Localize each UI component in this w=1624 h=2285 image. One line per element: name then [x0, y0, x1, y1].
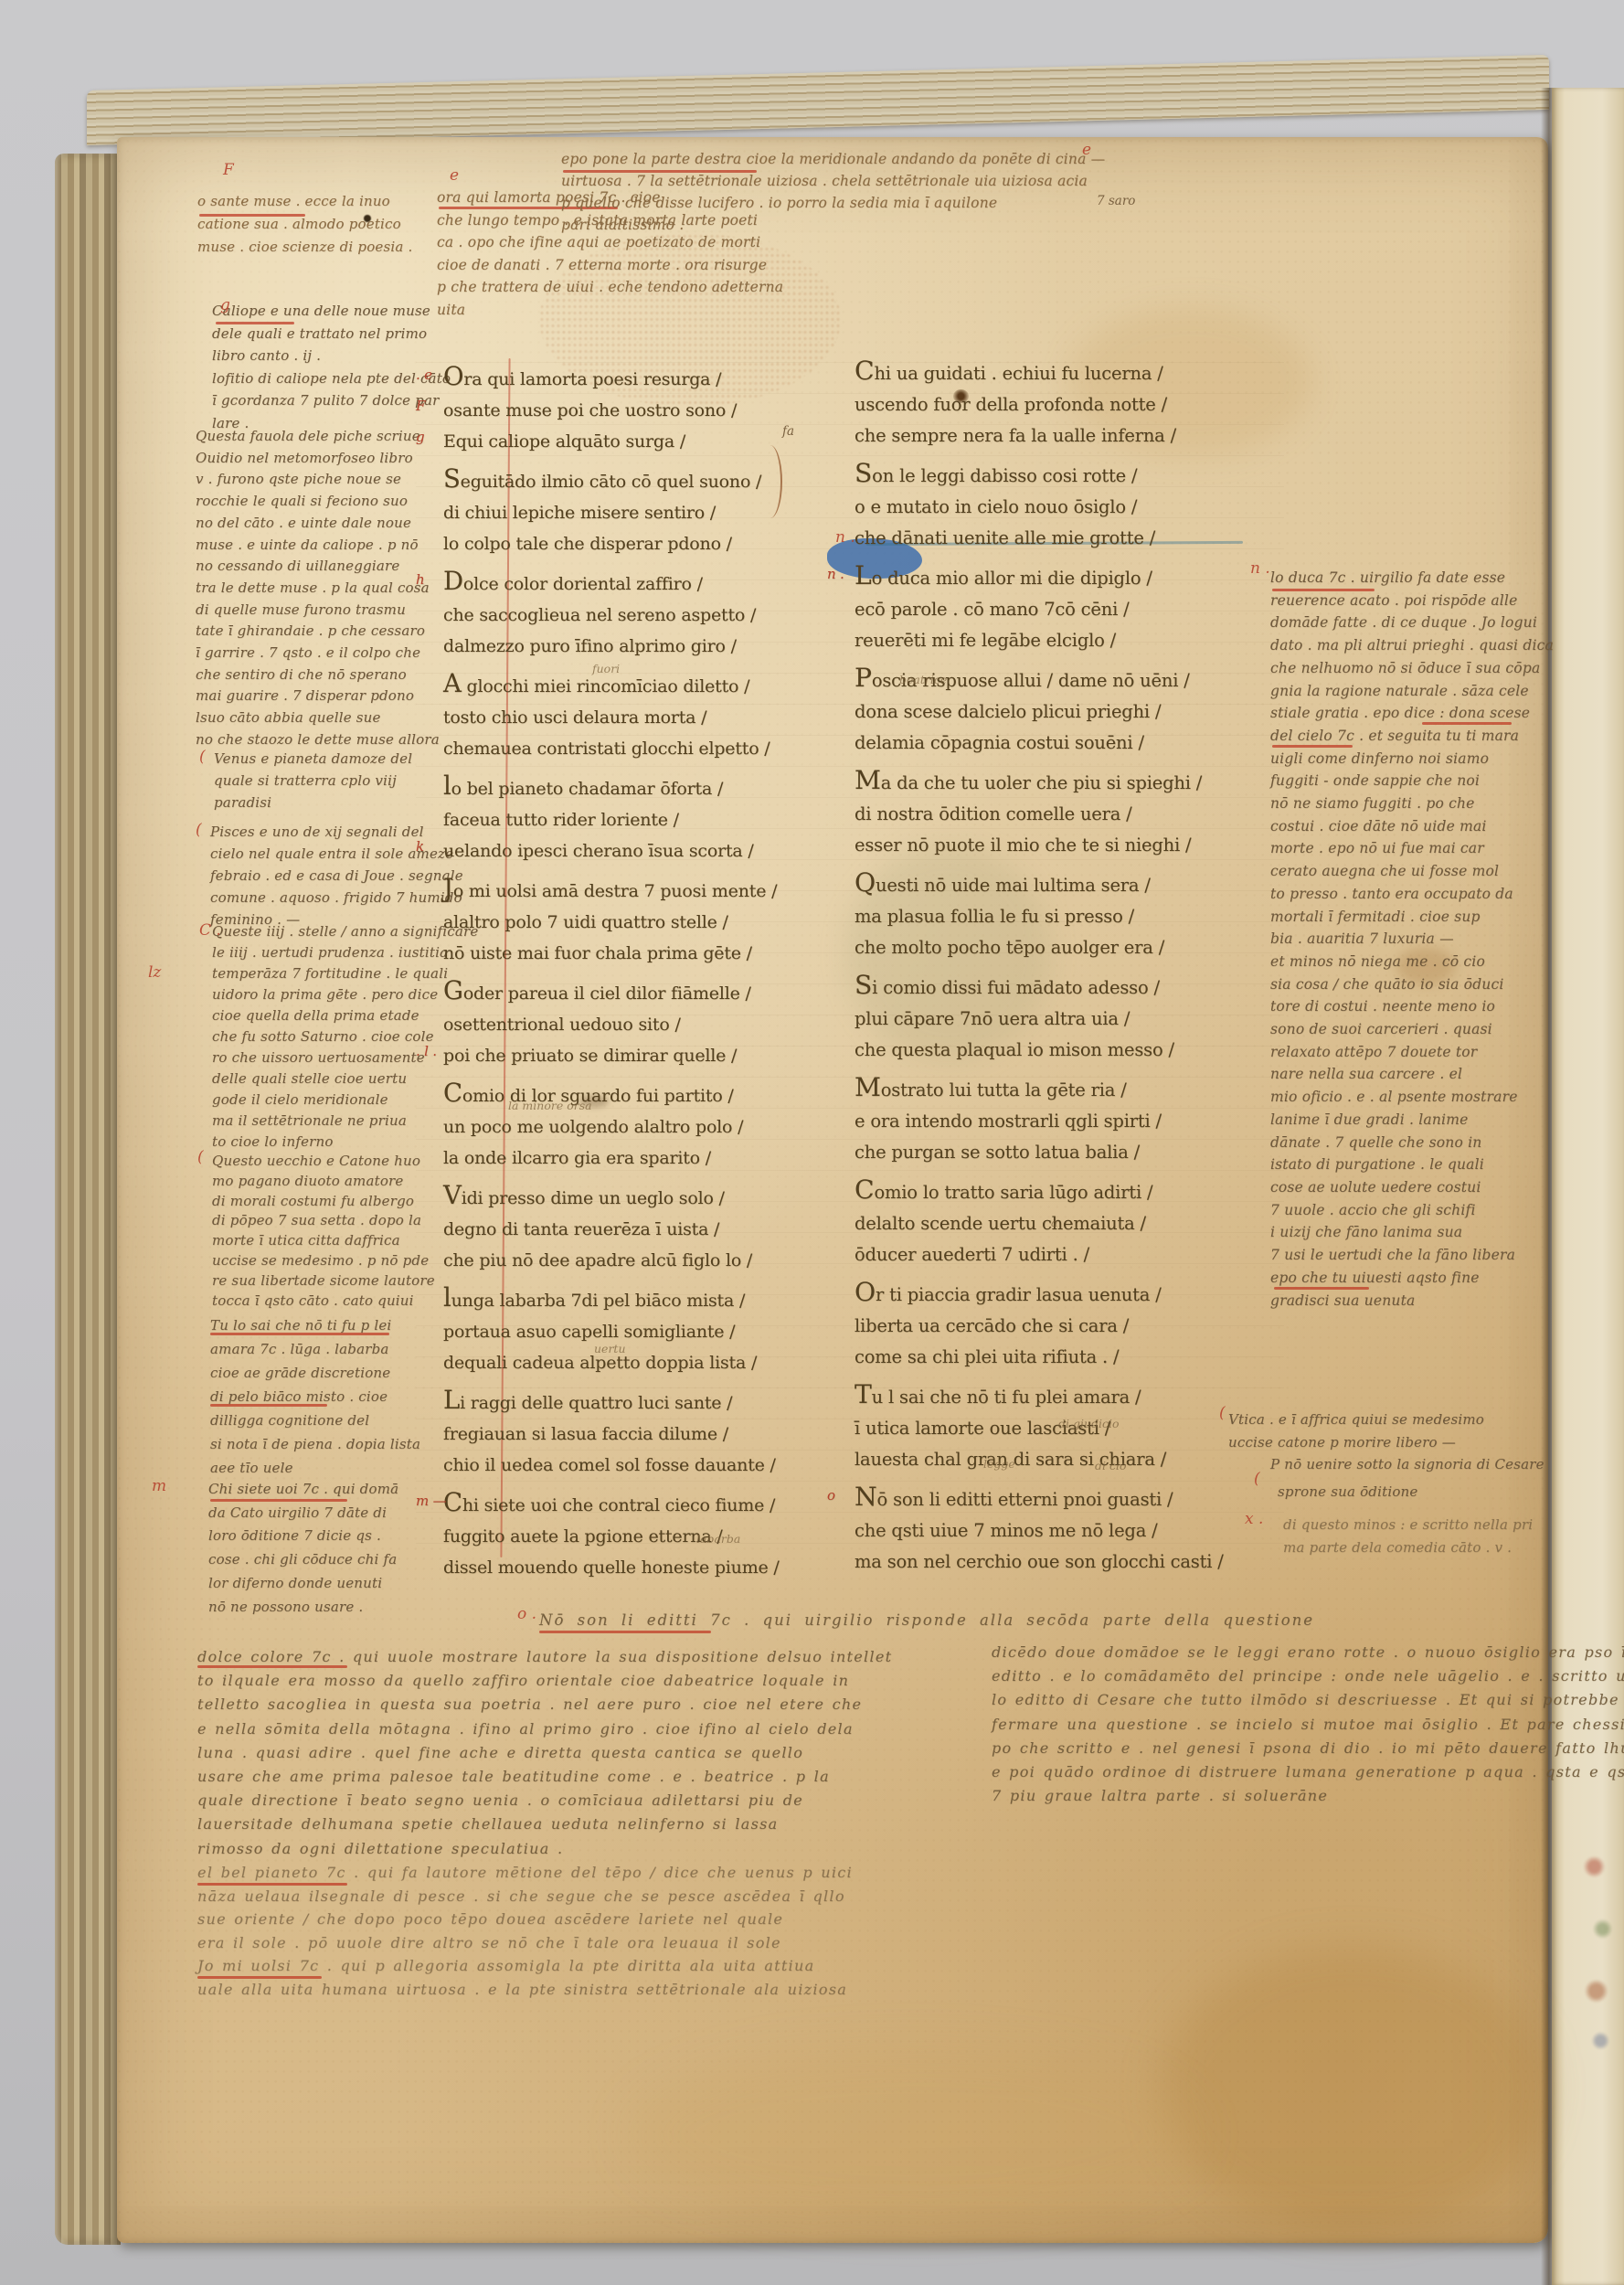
gloss-chisiete: Chi siete uoi 7c . qui domāda Cato uirgi…: [208, 1478, 432, 1619]
gloss-line: gnia la ragione naturale . sāza cele: [1270, 680, 1563, 703]
verse-column-1: . eOra qui lamorta poesi resurga /Fosant…: [443, 364, 754, 1583]
gloss-line: Caliope e una delle noue muse: [212, 300, 433, 323]
gloss-line: dilligga cognitione del: [210, 1408, 434, 1432]
gloss-utica-3: sprone sua ōditione: [1278, 1481, 1497, 1504]
gloss-line: mai guarire . 7 disperar pdono: [196, 685, 417, 707]
gloss-line: febraio . ed e casa di Joue . segnale: [210, 865, 439, 887]
gloss-line: rimosso da ogni dilettatione speculatiua…: [197, 1837, 988, 1861]
gloss-line: muse . e uinte da caliope . p nō: [196, 535, 417, 557]
verse-line: . eOra qui lamorta poesi resurga /: [443, 364, 754, 395]
verse-line: chio il uedea comel sol fosse dauante /: [443, 1450, 754, 1481]
gloss-line: che nelhuomo nō si ōduce ī sua cōpa: [1270, 657, 1563, 680]
gloss-line: to cioe lo inferno: [212, 1132, 440, 1153]
verse-line: di nostra ōdition comelle uera /: [854, 799, 1270, 830]
gloss-line: ro che uissoro uertuosamente: [212, 1047, 440, 1068]
gloss-line: libro canto . ij .: [212, 345, 433, 367]
verse-line: gEqui caliope alquāto surga /: [443, 426, 754, 457]
verse-line: ōducer auederti 7 udirti . /: [854, 1239, 1270, 1270]
gloss-line: po che scritto e . nel genesi ī psona di…: [992, 1737, 1622, 1760]
gloss-line: dicēdo doue domādoe se le leggi erano ro…: [992, 1641, 1622, 1664]
gloss-line: cioe quella della prima etade: [212, 1005, 440, 1026]
verse-line: Questi nō uide mai lultima sera /: [854, 870, 1270, 901]
gloss-line: e poi quādo ordinoe di distruere lumana …: [992, 1760, 1622, 1784]
gloss-line: e nella sōmita della mōtagna . ifino al …: [197, 1717, 988, 1741]
gloss-top-left: o sante muse . ecce la inuocatione sua .…: [197, 190, 417, 259]
verse-line: esser nō puote il mio che te si nieghi /: [854, 830, 1270, 861]
gloss-line: costui . cioe dāte nō uide mai: [1270, 815, 1563, 838]
red-guide-letter: m —: [416, 1493, 446, 1509]
gloss-line: epo pone la parte destra cioe la meridio…: [561, 148, 1082, 170]
gloss-line: di pelo biāco misto . cioe: [210, 1385, 434, 1408]
gloss-line: ī garrire . 7 qsto . e il colpo che: [196, 643, 417, 664]
gloss-line: morte . epo nō ui fue mai car: [1270, 837, 1563, 860]
gloss-line: fermare una questione . se incielo si mu…: [992, 1713, 1622, 1737]
gloss-line: sue oriente / che dopo poco tēpo douea a…: [197, 1908, 988, 1931]
gloss-line: Nō son li editti 7c . qui uirgilio rispo…: [539, 1609, 1618, 1632]
verse-line: e ora intendo mostrarli qgli spirti /: [854, 1106, 1270, 1137]
gloss-line: tore di costui . neente meno io: [1270, 995, 1563, 1018]
verse-line: Jo mi uolsi amā destra 7 puosi mente /: [443, 876, 754, 907]
red-guide-letter: n .: [827, 566, 844, 582]
verse-line: A glocchi miei rincomīciao diletto /: [443, 671, 754, 702]
verse-line: ma son nel cerchio oue son glocchi casti…: [854, 1546, 1270, 1578]
gloss-line: domāde fatte . di ce duque . Jo logui: [1270, 611, 1563, 634]
commentary-bel-pianeto: el bel pianeto 7c . qui fa lautore mētio…: [197, 1861, 988, 2002]
gloss-line: quale directione ī beato segno uenia . o…: [197, 1789, 988, 1812]
gloss-line: Chi siete uoi 7c . qui domā: [208, 1478, 432, 1502]
verse-line: osettentrional uedouo sito /: [443, 1009, 754, 1040]
red-guide-letter: g: [416, 429, 424, 445]
verse-line: che questa plaqual io mison messo /: [854, 1035, 1270, 1066]
gloss-line: nare nella sua carcere . el: [1270, 1063, 1563, 1086]
verse-line: faceua tutto rider loriente /: [443, 804, 754, 835]
gloss-line: sprone sua ōditione: [1278, 1481, 1497, 1504]
gloss-utica-2: P nō uenire sotto la signoria di Cesare: [1270, 1453, 1618, 1476]
verse-line: lauesta chal gran di sara si chiara /: [854, 1444, 1270, 1475]
gloss-line: relaxato attēpo 7 douete tor: [1270, 1041, 1563, 1064]
verse-line: kuelando ipesci cherano īsua scorta /: [443, 835, 754, 866]
gloss-line: cerato auegna che ui fosse mol: [1270, 860, 1563, 883]
verse-line: come sa chi plei uita rifiuta . /: [854, 1342, 1270, 1373]
gloss-line: p che trattera de uiui . eche tendono ad…: [437, 276, 876, 299]
gloss-line: aee tīo uele: [210, 1456, 434, 1480]
gloss-caliope: Caliope e una delle noue musedele quali …: [212, 300, 433, 435]
gloss-line: uccise se medesimo . p nō pde: [212, 1251, 436, 1271]
verse-line: Comio lo tratto saria lūgo adirti /: [854, 1177, 1270, 1208]
gloss-line: epo che tu uiuesti aqsto fine: [1270, 1267, 1563, 1290]
gloss-line: re sua libertade sicome lautore: [212, 1271, 436, 1291]
gloss-loduca: lo duca 7c . uirgilio fa date essereuere…: [1270, 567, 1563, 1312]
fore-edge-decoration: [1577, 1817, 1619, 2066]
gloss-line: del cielo 7c . et seguita tu ti mara: [1270, 725, 1563, 748]
gloss-line: to ilquale era mosso da quello zaffiro o…: [197, 1669, 988, 1693]
gloss-line: v . furono qste piche noue se: [196, 469, 417, 491]
verse-line: hDolce color doriental zaffiro /: [443, 569, 754, 600]
gloss-catone: Questo uecchio e Catone huomo pagano diu…: [212, 1152, 436, 1311]
commentary-editti: dicēdo doue domādoe se le leggi erano ro…: [992, 1641, 1622, 1808]
verse-line: che qsti uiue 7 minos me nō lega /: [854, 1515, 1270, 1546]
gloss-line: lofitio di caliope nela pte del cāto: [212, 367, 433, 390]
gloss-line: mio oficio . e . al psente mostrare: [1270, 1086, 1563, 1109]
verse-line: delamia cōpagnia costui souēni /: [854, 728, 1270, 759]
gloss-line: i uizij che fāno lanima sua: [1270, 1221, 1563, 1244]
gloss-line: o sante muse . ecce la inuo: [197, 190, 417, 213]
gloss-line: to presso . tanto era occupato da: [1270, 883, 1563, 906]
gloss-line: ī gcordanza 7 pulito 7 dolce par: [212, 389, 433, 412]
gloss-line: uirtuosa . 7 la settētrionale uiziosa . …: [561, 170, 1082, 192]
gloss-line: uale alla uita humana uirtuosa . e la pt…: [197, 1978, 988, 2002]
gloss-line: si nota ī de piena . dopia lista: [210, 1432, 434, 1456]
verse-line: alaltro polo 7 uidi quattro stelle /: [443, 907, 754, 938]
gloss-line: lsuo cāto abbia quelle sue: [196, 707, 417, 729]
gloss-line: p quello che disse lucifero . io porro l…: [561, 192, 1082, 214]
gloss-line: paradisi: [214, 792, 435, 813]
gloss-line: el bel pianeto 7c . qui fa lautore mētio…: [197, 1861, 988, 1885]
verse-line: Fosante muse poi che uostro sono /: [443, 395, 754, 426]
verse-line: Mostrato lui tutta la gēte ria /: [854, 1075, 1270, 1106]
gloss-line: Ouidio nel metomorfoseo libro: [196, 448, 417, 470]
verse-line: che purgan se sotto latua balia /: [854, 1137, 1270, 1168]
commentary-editti-line1: Nō son li editti 7c . qui uirgilio rispo…: [539, 1609, 1618, 1632]
gloss-line: telletto sacogliea in questa sua poetria…: [197, 1693, 988, 1716]
verse-line: ecō parole . cō mano 7cō cēni /: [854, 594, 1270, 625]
gloss-line: tra le dette muse . p la qual cosa: [196, 578, 417, 600]
gloss-line: cioe de danati . 7 etterna morte . ora r…: [437, 254, 876, 277]
gloss-line: tate ī ghirandaie . p che cessaro: [196, 621, 417, 643]
gloss-minos: di questo minos : e scritto nella prima …: [1283, 1514, 1594, 1558]
top-page-edges: [87, 55, 1549, 145]
gloss-line: lauersitade delhumana spetie chellauea u…: [197, 1812, 988, 1836]
verse-line: Poscia rispuose allui / dame nō uēni /: [854, 665, 1270, 696]
gloss-line: ma il settētrionale ne priua: [212, 1111, 440, 1132]
gloss-line: muse . cioe scienze di poesia .: [197, 236, 417, 259]
gloss-top-right: epo pone la parte destra cioe la meridio…: [561, 148, 1082, 236]
gloss-line: quale si tratterra cplo viij: [214, 770, 435, 792]
gloss-line: cielo nel quale entra il sole ameze: [210, 843, 439, 865]
gloss-line: bia . auaritia 7 luxuria —: [1270, 928, 1563, 951]
verse-line: Tu l sai che nō ti fu plei amara /: [854, 1382, 1270, 1413]
verse-line: ma plasua follia le fu si presso /: [854, 901, 1270, 932]
gloss-line: comune . aquoso . frigido 7 humido: [210, 887, 439, 909]
verse-line: degno di tanta reuerēza ī uista /: [443, 1214, 754, 1245]
gloss-line: P nō uenire sotto la signoria di Cesare: [1270, 1453, 1618, 1476]
verse-line: Comio di lor sguardo fui partito /: [443, 1080, 754, 1111]
verse-line: reuerēti mi fe legābe elciglo /: [854, 625, 1270, 656]
verse-line: che sempre nera fa la ualle inferna /: [854, 420, 1270, 452]
gloss-line: no del cāto . e uinte dale noue: [196, 513, 417, 535]
verse-line: liberta ua cercādo che si cara /: [854, 1311, 1270, 1342]
gloss-line: luna . quasi adire . quel fine ache e di…: [197, 1741, 988, 1765]
gloss-line: Pisces e uno de xij segnali del: [210, 821, 439, 843]
gloss-line: istato di purgatione . le quali: [1270, 1153, 1563, 1176]
gloss-line: uccise catone p morire libero —: [1228, 1431, 1594, 1454]
gloss-line: di quelle muse furono trasmu: [196, 600, 417, 622]
gloss-line: dato . ma pli altrui prieghi . quasi dic…: [1270, 634, 1563, 657]
gloss-line: no cessando di uillaneggiare: [196, 556, 417, 578]
verse-line: Seguitādo ilmio cāto cō quel suono /: [443, 466, 754, 497]
gloss-line: tocca ī qsto cāto . cato quiui: [212, 1291, 436, 1312]
verse-line: fregiauan si lasua faccia dilume /: [443, 1419, 754, 1450]
gloss-line: reuerence acato . poi rispōde alle: [1270, 590, 1563, 612]
verse-line: Goder pareua il ciel dilor fiāmelle /: [443, 978, 754, 1009]
gloss-line: amara 7c . lūga . labarba: [210, 1337, 434, 1361]
gloss-line: usare che ame prima palesoe tale beatitu…: [197, 1765, 988, 1789]
gloss-line: Vtica . e ī affrica quiui se medesimo: [1228, 1408, 1594, 1431]
gloss-stelle: Queste iiij . stelle / anno a significar…: [212, 921, 440, 1153]
gloss-line: di pōpeo 7 sua setta . dopo la: [212, 1211, 436, 1231]
verse-line: dequali cadeua alpetto doppia lista /: [443, 1347, 754, 1378]
gloss-line: 7 uuole . accio che gli schifi: [1270, 1199, 1563, 1222]
gloss-line: stiale gratia . epo dice : dona scese: [1270, 702, 1563, 725]
verse-line: che molto pocho tēpo auolger era /: [854, 932, 1270, 963]
gloss-line: Queste iiij . stelle / anno a significar…: [212, 921, 440, 942]
gloss-line: delle quali stelle cioe uertu: [212, 1068, 440, 1089]
gloss-line: dolce colore 7c . qui uuole mostrare lau…: [197, 1645, 988, 1669]
gloss-line: cose . chi gli cōduce chi fa: [208, 1548, 432, 1572]
gloss-line: 7 piu graue laltra parte . si soluerāne: [992, 1784, 1622, 1808]
verse-line: delalto scende uertu chemaiuta /: [854, 1208, 1270, 1239]
gloss-line: che sentiro di che nō sperano: [196, 664, 417, 686]
gloss-line: nō ne possono usare .: [208, 1596, 432, 1620]
gloss-utica: Vtica . e ī affrica quiui se medesimoucc…: [1228, 1408, 1594, 1453]
verse-line: chemauea contristati glocchi elpetto /: [443, 733, 754, 764]
verse-line: Or ti piaccia gradir lasua uenuta /: [854, 1280, 1270, 1311]
gloss-line: gode il cielo meridionale: [212, 1089, 440, 1111]
verse-line: dona scese dalcielo plicui prieghi /: [854, 696, 1270, 728]
verse-line: tosto chio usci delaura morta /: [443, 702, 754, 733]
verse-line: che saccoglieua nel sereno aspetto /: [443, 600, 754, 631]
verse-line: che piu nō dee apadre alcū figlo lo /: [443, 1245, 754, 1276]
gloss-line: dele quali e trattato nel primo: [212, 323, 433, 345]
verse-line: Si comio dissi fui mādato adesso /: [854, 972, 1270, 1004]
gloss-venus: Venus e pianeta damoze delquale si tratt…: [214, 748, 435, 813]
gloss-line: editto . e lo comādamēto del principe : …: [992, 1664, 1622, 1688]
gloss-piche: Questa fauola dele piche scriueOuidio ne…: [196, 426, 417, 751]
gloss-line: temperāza 7 fortitudine . le quali: [212, 963, 440, 984]
gloss-line: Jo mi uolsi 7c . qui p allegoria assomig…: [197, 1954, 988, 1978]
red-guide-letter: . e: [416, 367, 432, 383]
red-guide-letter: o: [827, 1487, 835, 1504]
gloss-line: lo duca 7c . uirgilio fa date esse: [1270, 567, 1563, 590]
verse-line: Chi ua guidati . echiui fu lucerna /: [854, 358, 1270, 389]
verse-line: ī utica lamorte oue lasciasti /: [854, 1413, 1270, 1444]
gloss-line: morte ī utica citta daffrica: [212, 1231, 436, 1251]
gloss-line: che fu sotto Saturno . cioe cole: [212, 1026, 440, 1047]
verse-line: uscendo fuor della profonda notte /: [854, 389, 1270, 420]
verse-line: di chiui lepiche misere sentiro /: [443, 497, 754, 528]
gloss-line: sono de suoi carcerieri . quasi: [1270, 1018, 1563, 1041]
binding-page-edges: [55, 154, 121, 2245]
gloss-line: uidoro la prima gēte . pero dice: [212, 984, 440, 1005]
verse-line: Vidi presso dime un ueglo solo /: [443, 1183, 754, 1214]
gloss-tulosai: Tu lo sai che nō ti fu p leiamara 7c . l…: [210, 1313, 434, 1480]
verse-line: lo colpo tale che disperar pdono /: [443, 528, 754, 559]
red-guide-letter: k: [416, 838, 424, 855]
verse-line: . l .poi che priuato se dimirar quelle /: [443, 1040, 754, 1071]
verse-line: m —Chi siete uoi che contral cieco fiume…: [443, 1490, 754, 1521]
gloss-line: da Cato uirgilio 7 dāte di: [208, 1502, 432, 1525]
gloss-line: ma parte dela comedia cāto . v .: [1283, 1536, 1594, 1559]
verse-line: dissel mouendo quelle honeste piume /: [443, 1552, 754, 1583]
gloss-line: 7 usi le uertudi che la fāno libera: [1270, 1244, 1563, 1267]
gloss-line: gradisci sua uenuta: [1270, 1290, 1563, 1313]
verse-line: fuggito auete la pgione etterna /: [443, 1521, 754, 1552]
verse-line: dalmezzo puro īfino alprimo giro /: [443, 631, 754, 662]
verse-line: portaua asuo capelli somigliante /: [443, 1316, 754, 1347]
gloss-line: loro ōditione 7 dicie qs .: [208, 1525, 432, 1548]
commentary-dolce-colore: dolce colore 7c . qui uuole mostrare lau…: [197, 1645, 988, 1861]
gloss-line: cose ae uolute uedere costui: [1270, 1176, 1563, 1199]
gloss-line: lor diferno donde uenuti: [208, 1572, 432, 1596]
gloss-line: pari alaltissimo .: [561, 214, 1082, 236]
gloss-line: fuggiti - onde sappie che noi: [1270, 770, 1563, 792]
verse-line: Ma da che tu uoler che piu si spieghi /: [854, 768, 1270, 799]
verse-line: Li raggi delle quattro luci sante /: [443, 1387, 754, 1419]
gloss-line: nāza uelaua ilsegnale di pesce . si che …: [197, 1885, 988, 1908]
verse-line: un poco me uolgendo alaltro polo /: [443, 1111, 754, 1142]
verse-column-2: Chi ua guidati . echiui fu lucerna /usce…: [854, 358, 1270, 1578]
verse-line: la onde ilcarro gia era sparito /: [443, 1142, 754, 1174]
gloss-line: et minos nō niega me . cō cio: [1270, 951, 1563, 973]
gloss-line: lo editto di Cesare che tutto ilmōdo si …: [992, 1688, 1622, 1712]
gloss-line: catione sua . almodo poetico: [197, 213, 417, 236]
gloss-line: Questo uecchio e Catone huo: [212, 1152, 436, 1172]
red-guide-letter: h: [416, 571, 424, 588]
verse-line: o e mutato in cielo nouo ōsiglo /: [854, 492, 1270, 523]
gloss-line: di morali costumi fu albergo: [212, 1192, 436, 1212]
red-guide-letter: . l .: [416, 1043, 437, 1059]
gloss-line: rocchie le quali si feciono suo: [196, 491, 417, 513]
gloss-pisces: Pisces e uno de xij segnali delcielo nel…: [210, 821, 439, 930]
gloss-line: dānate . 7 quelle che sono in: [1270, 1132, 1563, 1154]
verse-line: lo bel pianeto chadamar ōforta /: [443, 773, 754, 804]
verse-line: oNō son li editti etterni pnoi guasti /: [854, 1484, 1270, 1515]
verse-line: Son le leggi dabisso cosi rotte /: [854, 461, 1270, 492]
gloss-line: nō ne siamo fuggiti . po che: [1270, 792, 1563, 815]
verse-line: nō uiste mai fuor chala prima gēte /: [443, 938, 754, 969]
verse-line: n .Lo duca mio allor mi die dipiglo /: [854, 563, 1270, 594]
gloss-line: cioe ae grāde discretione: [210, 1361, 434, 1385]
gloss-line: le iiij . uertudi prudenza . iustitia: [212, 942, 440, 963]
verse-line: lunga labarba 7di pel biāco mista /: [443, 1285, 754, 1316]
red-guide-letter: F: [416, 398, 425, 414]
gloss-line: di questo minos : e scritto nella pri: [1283, 1514, 1594, 1536]
gloss-line: Questa fauola dele piche scriue: [196, 426, 417, 448]
gloss-line: mo pagano diuoto amatore: [212, 1172, 436, 1192]
gloss-line: sia cosa / che quāto io sia ōduci: [1270, 973, 1563, 996]
manuscript-photograph: o sante muse . ecce la inuocatione sua .…: [0, 0, 1624, 2285]
gloss-line: uita: [437, 299, 876, 322]
gloss-line: era il sole . pō uuole dire altro se nō …: [197, 1931, 988, 1955]
gloss-line: Venus e pianeta damoze del: [214, 748, 435, 770]
gloss-line: lanime ī due gradi . lanime: [1270, 1109, 1563, 1132]
gloss-line: uigli come dinferno noi siamo: [1270, 748, 1563, 771]
gloss-line: mortali ī fermitadi . cioe sup: [1270, 906, 1563, 929]
verse-line: che dānati uenite alle mie grotte /: [854, 523, 1270, 554]
gloss-line: Tu lo sai che nō ti fu p lei: [210, 1313, 434, 1337]
verse-line: plui cāpare 7nō uera altra uia /: [854, 1004, 1270, 1035]
